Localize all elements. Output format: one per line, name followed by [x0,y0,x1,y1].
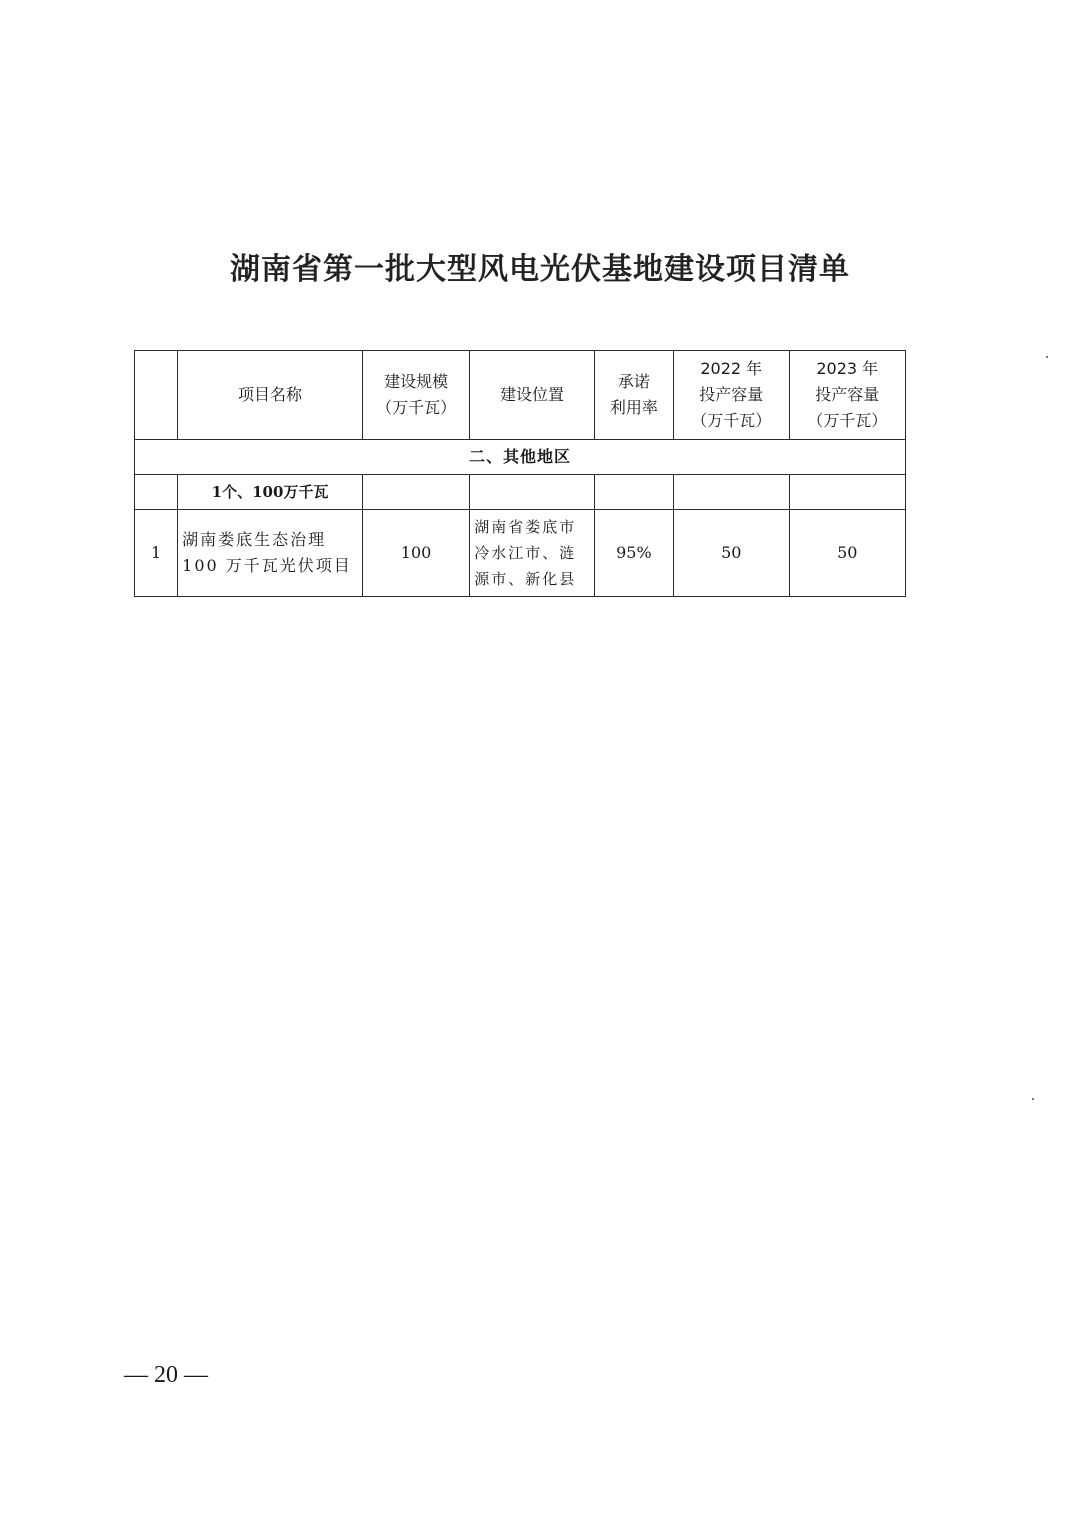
header-index [135,351,178,440]
scan-speck [1032,1098,1034,1100]
group-scale [362,475,469,510]
project-table: 项目名称 建设规模 （万千瓦） 建设位置 承诺 利用率 2022 年 投产容量 … [134,350,906,597]
group-label: 1个、100万千瓦 [178,475,363,510]
group-capacity-2023 [789,475,906,510]
header-project-name: 项目名称 [178,351,363,440]
scan-speck [1046,356,1048,358]
row-project-name: 湖南娄底生态治理 100 万千瓦光伏项目 [178,510,363,597]
row-utilization: 95% [594,510,673,597]
header-scale: 建设规模 （万千瓦） [362,351,469,440]
region-label: 二、其他地区 [135,440,906,475]
group-capacity-2022 [674,475,789,510]
group-index [135,475,178,510]
header-location: 建设位置 [470,351,594,440]
page-number: — 20 — [124,1362,208,1389]
table-header-row: 项目名称 建设规模 （万千瓦） 建设位置 承诺 利用率 2022 年 投产容量 … [135,351,906,440]
row-capacity-2023: 50 [789,510,906,597]
header-capacity-2022: 2022 年 投产容量 （万千瓦） [674,351,789,440]
region-row: 二、其他地区 [135,440,906,475]
group-utilization [594,475,673,510]
header-utilization: 承诺 利用率 [594,351,673,440]
document-title: 湖南省第一批大型风电光伏基地建设项目清单 [0,244,1080,288]
table-row: 1 湖南娄底生态治理 100 万千瓦光伏项目 100 湖南省娄底市冷水江市、涟源… [135,510,906,597]
group-row: 1个、100万千瓦 [135,475,906,510]
header-capacity-2023: 2023 年 投产容量 （万千瓦） [789,351,906,440]
row-scale: 100 [362,510,469,597]
group-location [470,475,594,510]
row-capacity-2022: 50 [674,510,789,597]
row-index: 1 [135,510,178,597]
row-location: 湖南省娄底市冷水江市、涟源市、新化县 [470,510,594,597]
